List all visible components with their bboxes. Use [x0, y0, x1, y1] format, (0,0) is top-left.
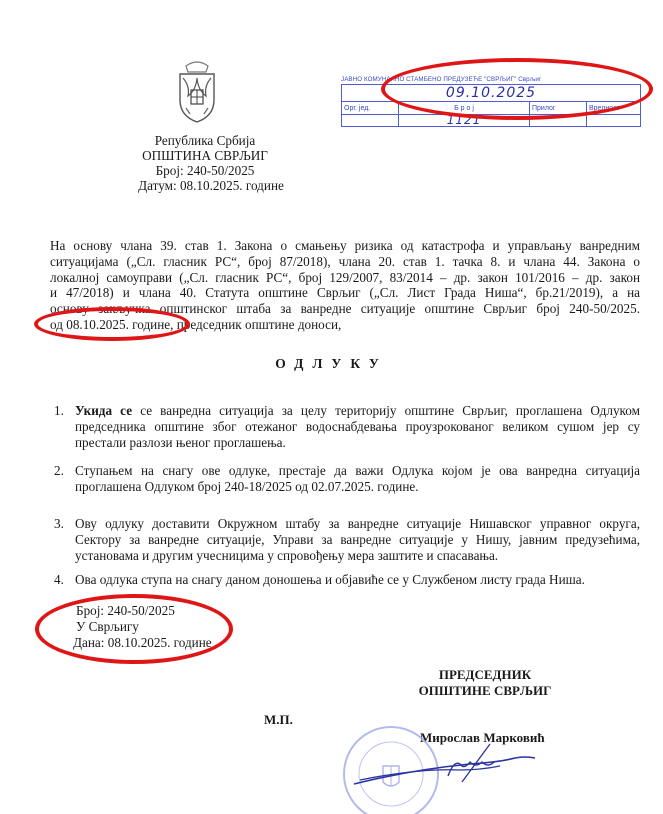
item-text: Ова одлука ступа на снагу даном доношења…	[75, 572, 640, 588]
decision-item-2: 2. Ступањем на снагу ове одлуке, престај…	[54, 463, 640, 495]
item-bold-lead: Укида се	[75, 403, 132, 418]
decision-item-1: 1. Укида се се ванредна ситуација за цел…	[54, 403, 640, 450]
header-municipality: ОПШТИНА СВРЉИГ	[90, 148, 320, 163]
signature-title-2: ОПШТИНЕ СВРЉИГ	[400, 683, 570, 699]
preamble-line: и 47/2018) и члана 40. Статута општине С…	[50, 285, 640, 301]
item-text: Ову одлуку доставити Окружном штабу за в…	[75, 516, 640, 563]
preamble-line: ситуацијама („Сл. гласник РС“, број 87/2…	[50, 254, 640, 270]
decision-item-3: 3. Ову одлуку доставити Окружном штабу з…	[54, 516, 640, 563]
item-text: Ступањем на снагу ове одлуке, престаје д…	[75, 463, 640, 495]
highlight-ellipse-footer	[35, 594, 233, 664]
highlight-ellipse-received-date	[381, 58, 653, 120]
handwritten-signature-icon	[350, 740, 540, 795]
header-country: Република Србија	[90, 133, 320, 148]
decision-item-4: 4. Ова одлука ступа на снагу даном донош…	[54, 572, 640, 588]
header-date: Датум: 08.10.2025. године	[96, 178, 326, 193]
stamp-col-org: Орг. јед.	[342, 102, 399, 115]
coat-of-arms-icon	[168, 56, 226, 126]
seal-label: М.П.	[264, 712, 293, 728]
preamble-line: локалној самоуправи („Сл. гласник РС“, б…	[50, 270, 640, 286]
signature-title-1: ПРЕДСЕДНИК	[400, 667, 570, 683]
item-text: се ванредна ситуација за целу територију…	[75, 403, 640, 450]
decision-title: ОДЛУКУ	[0, 356, 663, 372]
highlight-ellipse-preamble-date	[34, 307, 190, 341]
preamble-line: На основу члана 39. став 1. Закона о сма…	[50, 238, 640, 254]
header-number: Број: 240-50/2025	[90, 163, 320, 178]
